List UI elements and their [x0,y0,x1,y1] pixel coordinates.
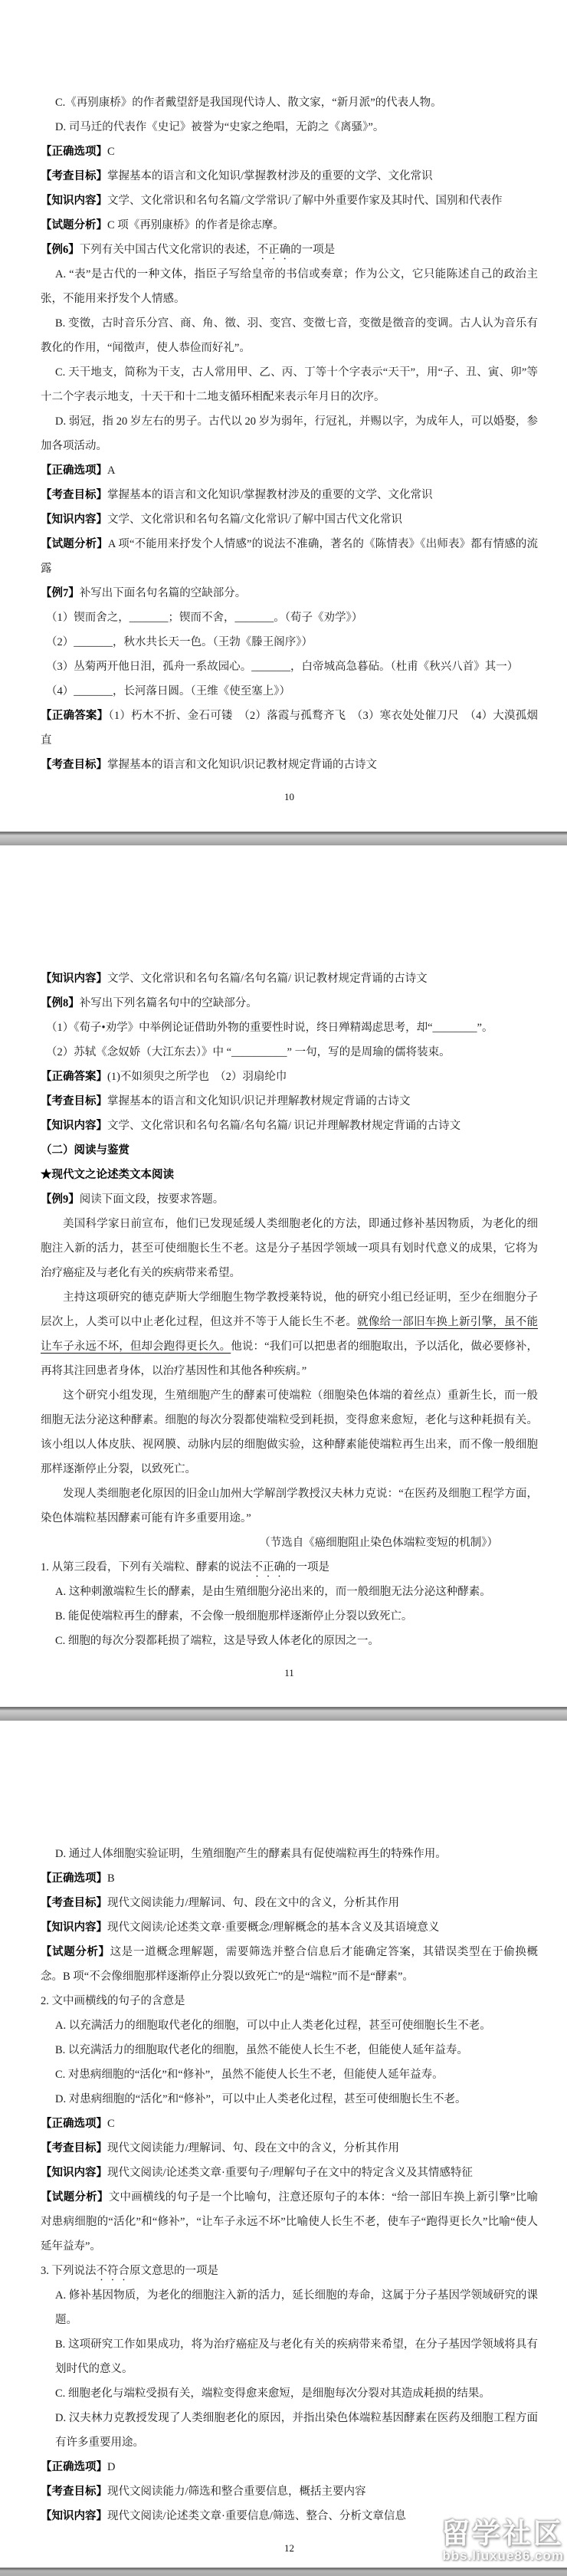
option-line: C. 细胞的每次分裂都耗损了端粒，这是导致人体老化的原因之一。 [41,1629,538,1653]
bracket-label: 【知识内容】 [41,195,107,207]
bracket-label: 【知识内容】 [41,1921,107,1934]
option-line: B. 能促使端粒再生的酵素，不会像一般细胞那样逐渐停止分裂以致死亡。 [41,1604,538,1629]
knowledge-label-line: 【知识内容】文学、文化常识和名句名篇/名句名篇/ 识记教材规定背诵的古诗文 [41,966,538,991]
label-text: 现代文阅读/论述类文章·重要概念/理解概念的基本含义及其语境意义 [107,1921,439,1934]
page-separator [0,2568,567,2576]
bracket-label: 【考查目标】 [41,2486,107,2498]
label-text: 掌握基本的语言和文化知识/掌握教材涉及的重要的文学、文化常识 [107,489,433,501]
goal-label-line: 【考查目标】掌握基本的语言和文化知识/掌握教材涉及的重要的文学、文化常识 [41,483,538,507]
option-line: D. 对患病细胞的“活化”和“修补”，可以中止人类老化过程，甚至可使细胞长生不老… [41,2087,538,2112]
question-text: 补写出下列名篇名句中的空缺部分。 [80,997,257,1009]
emphasized-text: 不符合 [97,2265,130,2277]
bracket-label: 【正确选项】 [41,146,107,158]
goal-label-line: 【考查目标】掌握基本的语言和文化知识/掌握教材涉及的重要的文学、文化常识 [41,164,538,189]
bracket-label: 【例9】 [41,1193,80,1206]
bracket-label: 【正确选项】 [41,1872,107,1885]
option-line: A. 这种刺激端粒生长的酵素，是由生殖细胞分泌出来的，而一般细胞无法分泌这种酵素… [41,1580,538,1604]
source-citation: （节选自《癌细胞阻止染色体端粒变短的机制》） [41,1531,538,1555]
section-heading: （二）阅读与鉴赏 [41,1138,538,1163]
answer-value: （1）朽木不折、金石可镂 （2）落霞与孤鹜齐飞 （3）寒衣处处催刀尺 （4）大漠… [41,710,538,747]
bracket-label: 【试题分析】 [41,2191,109,2204]
bracket-label: 【考查目标】 [41,759,107,771]
answer-label-line: 【正确答案】（1）朽木不折、金石可镂 （2）落霞与孤鹜齐飞 （3）寒衣处处催刀尺… [41,704,538,753]
question-text: 补写出下面名句名篇的空缺部分。 [80,587,247,599]
emphasized-text: 不正确 [257,244,291,256]
label-text: 掌握基本的语言和文化知识/掌握教材涉及的重要的文学、文化常识 [107,170,433,182]
bracket-label: 【考查目标】 [41,1095,107,1108]
label-text: 掌握基本的语言和文化知识/识记并理解教材规定背诵的古诗文 [107,1095,411,1108]
document-page-10: C.《再别康桥》的作者戴望舒是我国现代诗人、散文家，“新月派”的代表人物。 D.… [0,0,567,832]
analysis-label-line: 【试题分析】C 项《再别康桥》的作者是徐志摩。 [41,213,538,238]
question-text: 阅读下面文段，按要求答题。 [80,1193,225,1206]
bracket-label: 【试题分析】 [41,538,108,550]
option-line: A. 修补基因物质，为老化的细胞注入新的活力，延长细胞的寿命，这属于分子基因学领… [41,2283,538,2332]
bracket-label: 【知识内容】 [41,973,107,985]
numbered-question-line: 2. 文中画横线的句子的含意是 [41,1989,538,2013]
answer-label-line: 【正确选项】D [41,2455,538,2479]
option-line: D. 汉夫林力克教授发现了人类细胞老化的原因，并指出染色体端粒基因酵素在医药及细… [41,2406,538,2455]
label-text: 现代文阅读能力/理解词、句、段在文中的含义，分析其作用 [107,1897,399,1909]
analysis-label-line: 【试题分析】这是一道概念理解题，需要筛选并整合信息后才能确定答案，其错误类型在于… [41,1940,538,1989]
goal-label-line: 【考查目标】现代文阅读能力/理解词、句、段在文中的含义，分析其作用 [41,2136,538,2161]
fill-blank-line: （1）锲而舍之，_______；锲而不舍，_______。（荀子《劝学》） [41,605,538,630]
fill-blank-line: （1）《荀子•劝学》中举例论证借助外物的重要性时说，终日殚精竭虑思考，却“___… [41,1016,538,1040]
option-line: D. 通过人体细胞实验证明，生殖细胞产生的酵素具有促使端粒再生的特殊作用。 [41,1842,538,1866]
emphasized-text: 不正确 [252,1561,286,1573]
bracket-label: 【试题分析】 [41,219,107,231]
answer-label-line: 【正确选项】C [41,2112,538,2136]
reading-paragraph: 这个研究小组发现，生殖细胞产生的酵素可使端粒（细胞染色体端的着丝点）重新生长，而… [41,1383,538,1482]
label-text: C 项《再别康桥》的作者是徐志摩。 [107,219,284,231]
reading-paragraph: 主持这项研究的德克萨斯大学细胞生物学教授莱特说，他的研究小组已经证明，至少在细胞… [41,1285,538,1383]
bracket-label: 【考查目标】 [41,1897,107,1909]
label-text: 文学、文化常识和名句名篇/文化常识/了解中国古代文化常识 [107,514,402,526]
option-line: C.《再别康桥》的作者戴望舒是我国现代诗人、散文家，“新月派”的代表人物。 [41,90,538,115]
goal-label-line: 【考查目标】现代文阅读能力/筛选和整合重要信息，概括主要内容 [41,2479,538,2504]
fill-blank-line: （3）丛菊两开他日泪，孤舟一系故园心。_______，白帝城高急暮砧。（杜甫《秋… [41,655,538,679]
page-separator [0,1707,567,1721]
bracket-label: 【知识内容】 [41,2510,107,2522]
question-text: 原文意思的一项是 [129,2265,218,2277]
answer-label-line: 【正确选项】A [41,458,538,483]
watermark-title: 留学社区 [441,2519,564,2549]
label-text: A 项“不能用来抒发个人情感”的说法不准确，著名的《陈情表》《出师表》都有情感的… [41,538,538,575]
page-number: 11 [41,1661,538,1685]
page-separator [0,832,567,845]
bracket-label: 【正确答案】 [41,710,108,722]
option-line: D. 弱冠，指 20 岁左右的男子。古代以 20 岁为弱年，行冠礼，并赐以字，为… [41,409,538,458]
bracket-label: 【例6】 [41,244,80,256]
bracket-label: 【正确选项】 [41,2118,107,2130]
answer-value: (1)不如须臾之所学也 （2）羽扇纶巾 [107,1071,287,1083]
watermark-url: bbs.liuxue86.com [441,2549,564,2563]
label-text: 现代文阅读/论述类文章·重要句子/理解句子在文中的特定含义及其情感特征 [107,2167,473,2179]
knowledge-label-line: 【知识内容】文学、文化常识和名句名篇/名句名篇/ 识记并理解教材规定背诵的古诗文 [41,1114,538,1138]
option-line: B. 变徵，古时音乐分宫、商、角、徵、羽、变宫、变徵七音，变徵是徵音的变调。古人… [41,311,538,360]
option-line: B. 这项研究工作如果成功，将为治疗癌症及与老化有关的疾病带来希望，在分子基因学… [41,2332,538,2381]
document-page-11: 【知识内容】文学、文化常识和名句名篇/名句名篇/ 识记教材规定背诵的古诗文 【例… [0,845,567,1707]
bracket-label: 【正确选项】 [41,464,107,477]
goal-label-line: 【考查目标】掌握基本的语言和文化知识/识记并理解教材规定背诵的古诗文 [41,1089,538,1114]
bracket-label: 【考查目标】 [41,489,107,501]
example-question-line: 【例9】阅读下面文段，按要求答题。 [41,1187,538,1212]
bracket-label: 【例7】 [41,587,80,599]
option-line: C. 天干地支，简称为干支，古人常用甲、乙、丙、丁等十个字表示“天干”，用“子、… [41,360,538,409]
numbered-question-line: 1. 从第三段看，下列有关端粒、酵素的说法不正确的一项是 [41,1555,538,1580]
question-text: 的一项是 [285,1561,329,1573]
bracket-label: 【正确选项】 [41,2461,107,2473]
option-line: A. 以充满活力的细胞取代老化的细胞，可以中止人类老化过程，甚至可使细胞长生不老… [41,2013,538,2038]
bracket-label: 【考查目标】 [41,2142,107,2154]
knowledge-label-line: 【知识内容】文学、文化常识和名句名篇/文化常识/了解中国古代文化常识 [41,507,538,532]
answer-value: A [107,464,115,477]
reading-paragraph: 美国科学家日前宣布，他们已发现延缓人类细胞老化的方法，即通过修补基因物质，为老化… [41,1212,538,1285]
answer-value: C [107,146,115,158]
answer-label-line: 【正确选项】B [41,1866,538,1891]
answer-label-line: 【正确选项】C [41,139,538,164]
label-text: 掌握基本的语言和文化知识/识记教材规定背诵的古诗文 [107,759,377,771]
example-question-line: 【例6】下列有关中国古代文化常识的表述，不正确的一项是 [41,238,538,262]
scanned-document: C.《再别康桥》的作者戴望舒是我国现代诗人、散文家，“新月派”的代表人物。 D.… [0,0,567,2576]
goal-label-line: 【考查目标】掌握基本的语言和文化知识/识记教材规定背诵的古诗文 [41,753,538,777]
reading-paragraph: 发现人类细胞老化原因的旧金山加州大学解剖学教授汉夫林力克说：“在医药及细胞工程学… [41,1482,538,1531]
bracket-label: 【例8】 [41,997,80,1009]
option-line: A. “表”是古代的一种文体，指臣子写给皇帝的书信或奏章；作为公文，它只能陈述自… [41,262,538,311]
answer-value: C [107,2118,115,2130]
example-question-line: 【例8】补写出下列名篇名句中的空缺部分。 [41,991,538,1016]
subsection-heading: ★现代文之论述类文本阅读 [41,1163,538,1187]
watermark: 留学社区 bbs.liuxue86.com [441,2519,564,2563]
knowledge-label-line: 【知识内容】文学、文化常识和名句名篇/文学常识/了解中外重要作家及其时代、国别和… [41,189,538,213]
analysis-label-line: 【试题分析】文中画横线的句子是一个比喻句，注意还原句子的本体：“给一部旧车换上新… [41,2185,538,2259]
label-text: 文中画横线的句子是一个比喻句，注意还原句子的本体：“给一部旧车换上新引擎”比喻对… [41,2191,538,2253]
fill-blank-line: （2）苏轼《念奴娇（大江东去）》中 “__________” 一句，写的是周瑜的… [41,1040,538,1065]
example-question-line: 【例7】补写出下面名句名篇的空缺部分。 [41,581,538,605]
label-text: 文学、文化常识和名句名篇/名句名篇/ 识记并理解教材规定背诵的古诗文 [107,1120,460,1132]
fill-blank-line: （2）_______，秋水共长天一色。（王勃《滕王阁序》） [41,630,538,655]
answer-value: B [107,1872,115,1885]
analysis-label-line: 【试题分析】A 项“不能用来抒发个人情感”的说法不准确，著名的《陈情表》《出师表… [41,532,538,581]
label-text: 文学、文化常识和名句名篇/文学常识/了解中外重要作家及其时代、国别和代表作 [107,195,503,207]
option-line: C. 对患病细胞的“活化”和“修补”，虽然不能使人长生不老，但能使人延年益寿。 [41,2062,538,2087]
numbered-question-line: 3. 下列说法不符合原文意思的一项是 [41,2259,538,2283]
bracket-label: 【试题分析】 [41,1946,110,1958]
knowledge-label-line: 【知识内容】现代文阅读/论述类文章·重要概念/理解概念的基本含义及其语境意义 [41,1915,538,1940]
bracket-label: 【考查目标】 [41,170,107,182]
answer-label-line: 【正确答案】(1)不如须臾之所学也 （2）羽扇纶巾 [41,1065,538,1089]
label-text: 现代文阅读能力/筛选和整合重要信息，概括主要内容 [107,2486,366,2498]
bracket-label: 【知识内容】 [41,2167,107,2179]
bracket-label: 【知识内容】 [41,514,107,526]
label-text: 这是一道概念理解题，需要筛选并整合信息后才能确定答案，其错误类型在于偷换概念。B… [41,1946,538,1983]
option-line: D. 司马迁的代表作《史记》被誉为“史家之绝唱，无韵之《离骚》”。 [41,115,538,139]
question-text: 的一项是 [290,244,335,256]
label-text: 文学、文化常识和名句名篇/名句名篇/ 识记教材规定背诵的古诗文 [107,973,428,985]
label-text: 现代文阅读/论述类文章·重要信息/筛选、整合、分析文章信息 [107,2510,406,2522]
goal-label-line: 【考查目标】现代文阅读能力/理解词、句、段在文中的含义，分析其作用 [41,1891,538,1915]
question-text: 下列有关中国古代文化常识的表述， [80,244,257,256]
question-text: 1. 从第三段看，下列有关端粒、酵素的说法 [41,1561,252,1573]
question-text: 3. 下列说法 [41,2265,97,2277]
document-page-12: D. 通过人体细胞实验证明，生殖细胞产生的酵素具有促使端粒再生的特殊作用。 【正… [0,1721,567,2568]
fill-blank-line: （4）_______，长河落日圆。（王维《使至塞上》） [41,679,538,704]
knowledge-label-line: 【知识内容】现代文阅读/论述类文章·重要句子/理解句子在文中的特定含义及其情感特… [41,2161,538,2185]
bracket-label: 【知识内容】 [41,1120,107,1132]
label-text: 现代文阅读能力/理解词、句、段在文中的含义，分析其作用 [107,2142,399,2154]
answer-value: D [107,2461,115,2473]
option-line: C. 细胞老化与端粒受损有关，端粒变得愈来愈短，是细胞每次分裂对其造成耗损的结果… [41,2381,538,2406]
bracket-label: 【正确答案】 [41,1071,107,1083]
option-line: B. 以充满活力的细胞取代老化的细胞，虽然不能使人长生不老，但能使人延年益寿。 [41,2038,538,2062]
page-number: 10 [41,785,538,809]
